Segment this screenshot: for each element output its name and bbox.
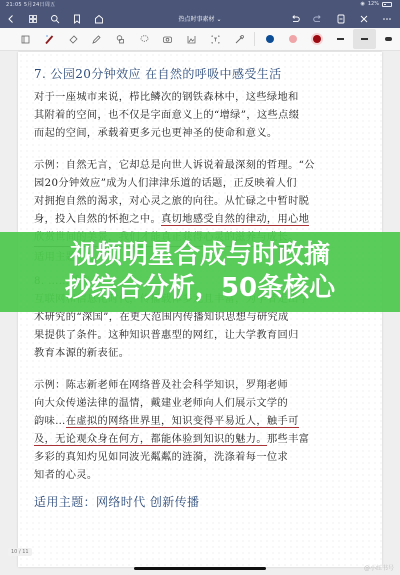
- share-icon[interactable]: [94, 14, 104, 24]
- example-text: 韵味…: [34, 416, 66, 427]
- paragraph-line: 而起的空间，承载着更多元也更神圣的使命和意义。: [34, 126, 278, 142]
- paragraph-line: 教育本源的新表征。: [34, 346, 129, 362]
- example-line: 身，投入自然的怀抱之中。真切地感受自然的律动，用心地: [34, 212, 309, 228]
- status-bar-right: ◉ 12%: [361, 1, 393, 7]
- image-icon[interactable]: [180, 29, 204, 49]
- paragraph-line: 对于一座城市来说，栉比鳞次的钢铁森林中，这些绿地和: [34, 90, 299, 106]
- example-text: 那些丰富: [267, 434, 309, 445]
- paragraph-line: 果提供了条件。这种知识普惠型的网红，让大学教育回归: [34, 328, 299, 344]
- watermark: @小红书号: [364, 563, 394, 572]
- wifi-icon: ◉: [361, 1, 365, 7]
- underlined-text: 真切地感受自然的律动，用心地: [161, 214, 309, 226]
- dropper-icon[interactable]: [227, 29, 251, 49]
- page-indicator: 10 / 11: [8, 548, 32, 556]
- redo-icon[interactable]: [313, 14, 323, 24]
- battery-icon: [382, 2, 392, 7]
- example-line: 向大众传递法律的温情，戴建业老师向人们展示文学的: [34, 396, 288, 412]
- example-text: 身，投入自然的怀抱之中。: [34, 214, 161, 225]
- example-line: 对拥抱自然的渴求，对心灵之旅的向往。从忙碌之中暂时脱: [34, 194, 309, 210]
- theme-line: 适用主题：网络时代 创新传播: [34, 494, 199, 510]
- section-heading: 7. 公园20分钟效应 在自然的呼吸中感受生活: [34, 66, 282, 82]
- highlighter-icon[interactable]: [85, 29, 109, 49]
- grid-icon[interactable]: [28, 14, 38, 24]
- banner-line-2: 抄综合分析，50条核心: [65, 272, 335, 305]
- example-line: 示例：自然无言，它却总是向世人诉说着最深刻的哲理。“公: [34, 158, 315, 174]
- battery-percent: 12%: [368, 1, 379, 7]
- lasso-icon[interactable]: [132, 29, 156, 49]
- color-swatch-blue[interactable]: [258, 29, 282, 49]
- eraser-icon[interactable]: [61, 29, 85, 49]
- underlined-text: 及，无论观众身在何方，都能体验到知识的魅力。: [34, 434, 267, 446]
- example-line: 示例：陈志新老师在网络普及社会科学知识，罗翔老师: [34, 378, 288, 394]
- example-line: 知者的心灵。: [34, 468, 98, 484]
- bookmark-icon[interactable]: [72, 14, 82, 24]
- overlay-banner: 视频明星合成与时政摘 抄综合分析，50条核心: [0, 232, 400, 312]
- paragraph-line: 术研究的“深国”，在更大范围内传播知识思想与研究成: [34, 310, 289, 326]
- nav-left-group: [6, 14, 104, 24]
- color-swatch-pink[interactable]: [282, 29, 306, 49]
- document-title-dropdown[interactable]: 热点时事素材 ⌄: [179, 14, 222, 23]
- underlined-text: 在虚拟的网络世界里，知识变得平易近人，触手可: [66, 416, 299, 428]
- example-line: 多彩的真知灼见如同波光粼粼的涟漪，洗涤着每一位求: [34, 450, 288, 466]
- nav-right-group: [290, 14, 392, 24]
- back-icon[interactable]: [6, 14, 16, 24]
- home-indicator[interactable]: [134, 567, 266, 570]
- toolbar-divider: [254, 32, 255, 46]
- example-line: 园20分钟效应”成为人们津津乐道的话题，正反映着人们: [34, 176, 297, 192]
- camera-icon[interactable]: [156, 29, 180, 49]
- paragraph-line: 其附着的空间，也不仅是字面意义上的“增绿”，这些点缀: [34, 108, 299, 124]
- close-icon[interactable]: [359, 14, 369, 24]
- undo-icon[interactable]: [290, 14, 300, 24]
- top-bar: 21:05 5月24日周五 ◉ 12% 热点时事素材 ⌄: [0, 0, 400, 28]
- status-bar-left: 21:05 5月24日周五: [6, 1, 55, 8]
- text-icon[interactable]: [204, 29, 228, 49]
- banner-line-1: 视频明星合成与时政摘: [70, 239, 330, 272]
- stroke-thin-button[interactable]: [329, 29, 353, 49]
- example-line: 及，无论观众身在何方，都能体验到知识的魅力。那些丰富: [34, 432, 309, 448]
- search-icon[interactable]: [50, 14, 60, 24]
- shape-icon[interactable]: [109, 29, 133, 49]
- status-time: 21:05: [6, 2, 22, 8]
- page-icon[interactable]: [336, 14, 346, 24]
- more-icon[interactable]: [382, 14, 392, 24]
- color-swatch-darkred[interactable]: [305, 29, 329, 49]
- pen-icon[interactable]: [38, 29, 62, 49]
- drawing-toolbar: [0, 28, 400, 51]
- status-date: 5月24日周五: [24, 2, 56, 8]
- stroke-thick-button[interactable]: [376, 29, 400, 49]
- stroke-medium-button[interactable]: [353, 29, 377, 49]
- example-line: 韵味…在虚拟的网络世界里，知识变得平易近人，触手可: [34, 414, 299, 430]
- read-mode-icon[interactable]: [14, 29, 38, 49]
